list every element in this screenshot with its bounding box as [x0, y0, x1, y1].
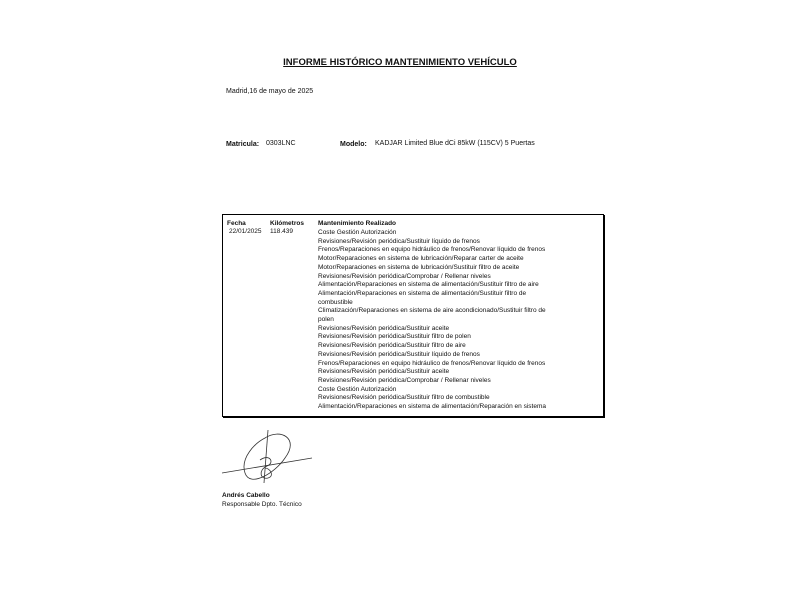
report-title: INFORME HISTÓRICO MANTENIMIENTO VEHÍCULO [0, 57, 800, 68]
place-date: Madrid,16 de mayo de 2025 [226, 88, 313, 95]
maintenance-item: Frenos/Reparaciones en equipo hidráulico… [318, 246, 558, 255]
model-label: Modelo: [340, 141, 367, 148]
maintenance-item: Climatización/Reparaciones en sistema de… [318, 307, 558, 324]
signer-role: Responsable Dpto. Técnico [222, 501, 302, 508]
maintenance-item: Motor/Reparaciones en sistema de lubrica… [318, 264, 558, 273]
row-km: 118.439 [270, 228, 293, 235]
signer-name: Andrés Cabello [222, 492, 270, 499]
maintenance-item: Coste Gestión Autorización [318, 229, 558, 238]
maintenance-items-list: Coste Gestión AutorizaciónRevisiones/Rev… [318, 229, 558, 412]
maintenance-item: Alimentación/Reparaciones en sistema de … [318, 290, 558, 307]
plate-value: 0303LNC [266, 140, 296, 147]
maintenance-item: Revisiones/Revisión periódica/Sustituir … [318, 342, 558, 351]
maintenance-table: Fecha Kilómetros Mantenimiento Realizado… [222, 214, 604, 417]
maintenance-item: Coste Gestión Autorización [318, 386, 558, 395]
maintenance-item: Revisiones/Revisión periódica/Sustituir … [318, 351, 558, 360]
maintenance-item: Revisiones/Revisión periódica/Sustituir … [318, 333, 558, 342]
header-date: Fecha [227, 220, 246, 227]
maintenance-item: Revisiones/Revisión periódica/Sustituir … [318, 394, 558, 403]
maintenance-item: Revisiones/Revisión periódica/Sustituir … [318, 238, 558, 247]
model-value: KADJAR Limited Blue dCi 85kW (115CV) 5 P… [375, 140, 535, 147]
maintenance-item: Motor/Reparaciones en sistema de lubrica… [318, 255, 558, 264]
maintenance-item: Alimentación/Reparaciones en sistema de … [318, 281, 558, 290]
maintenance-item: Revisiones/Revisión periódica/Sustituir … [318, 368, 558, 377]
maintenance-item: Frenos/Reparaciones en equipo hidráulico… [318, 360, 558, 369]
maintenance-item: Revisiones/Revisión periódica/Comprobar … [318, 377, 558, 386]
maintenance-item: Revisiones/Revisión periódica/Comprobar … [318, 273, 558, 282]
header-maintenance: Mantenimiento Realizado [318, 220, 396, 227]
header-km: Kilómetros [270, 220, 304, 227]
maintenance-item: Alimentación/Reparaciones en sistema de … [318, 403, 558, 412]
row-date: 22/01/2025 [229, 228, 262, 235]
signature-image [220, 428, 315, 490]
maintenance-item: Revisiones/Revisión periódica/Sustituir … [318, 325, 558, 334]
plate-label: Matricula: [226, 141, 259, 148]
